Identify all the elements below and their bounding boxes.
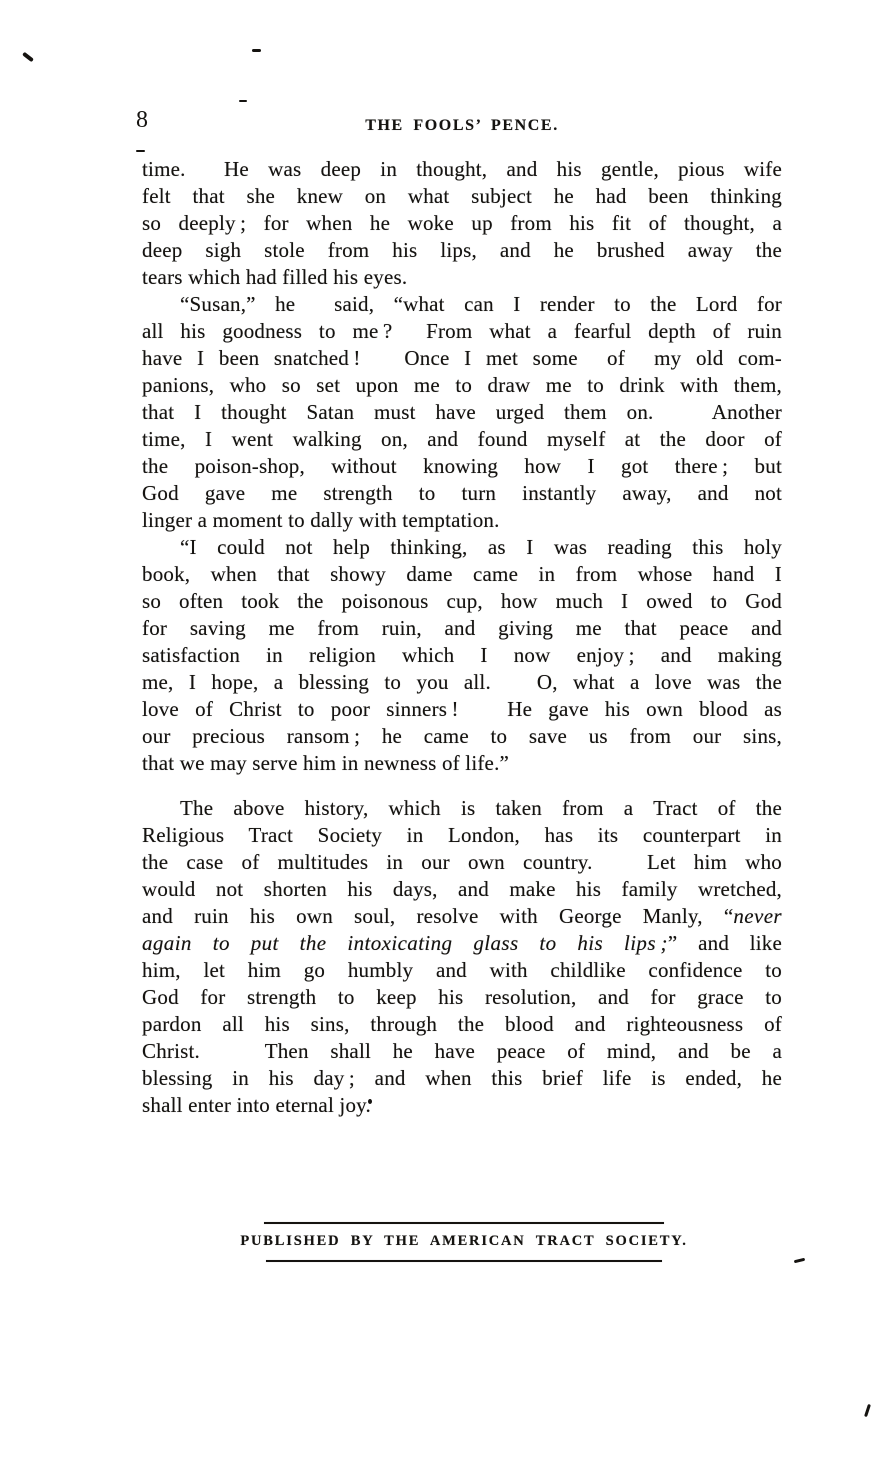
paragraph: time. He was deep in thought, and his ge…	[142, 156, 782, 291]
text-segment: love of Christ to poor sinners ! He gave…	[142, 697, 782, 721]
text-segment: deep sigh stole from his lips, and he br…	[142, 238, 782, 262]
text-segment: all his goodness to me ? From what a fea…	[142, 319, 782, 343]
text-line: God gave me strength to turn instantly a…	[142, 480, 782, 507]
text-line: so often took the poisonous cup, how muc…	[142, 588, 782, 615]
text-line: for saving me from ruin, and giving me t…	[142, 615, 782, 642]
text-line: again to put the intoxicating glass to h…	[142, 930, 782, 957]
text-line: “I could not help thinking, as I was rea…	[142, 534, 782, 561]
text-segment: would not shorten his days, and make his…	[142, 877, 782, 901]
text-line: our precious ransom ; he came to save us…	[142, 723, 782, 750]
text-segment: ” and like	[668, 931, 782, 955]
imprint-footer: PUBLISHED BY THE AMERICAN TRACT SOCIETY.	[20, 1222, 888, 1262]
text-segment: time. He was deep in thought, and his ge…	[142, 157, 782, 181]
text-segment: so deeply ; for when he woke up from his…	[142, 211, 782, 235]
text-segment: blessing in his day ; and when this brie…	[142, 1066, 782, 1090]
book-page: 8 THE FOOLS’ PENCE. time. He was deep in…	[0, 0, 888, 1475]
text-segment: time, I went walking on, and found mysel…	[142, 427, 782, 451]
text-line: the poison-shop, without knowing how I g…	[142, 453, 782, 480]
text-line: the case of multitudes in our own countr…	[142, 849, 782, 876]
text-segment: God for strength to keep his resolution,…	[142, 985, 782, 1009]
text-line: panions, who so set upon me to draw me t…	[142, 372, 782, 399]
text-line: The above history, which is taken from a…	[142, 795, 782, 822]
scan-speck	[864, 1404, 871, 1417]
text-segment: felt that she knew on what subject he ha…	[142, 184, 782, 208]
text-line: and ruin his own soul, resolve with Geor…	[142, 903, 782, 930]
text-segment: the case of multitudes in our own countr…	[142, 850, 782, 874]
italic-text: again to put the intoxicating glass to h…	[142, 931, 668, 955]
text-line: pardon all his sins, through the blood a…	[142, 1011, 782, 1038]
text-segment: me, I hope, a blessing to you all. O, wh…	[142, 670, 782, 694]
text-segment: book, when that showy dame came in from …	[142, 562, 782, 586]
text-line: book, when that showy dame came in from …	[142, 561, 782, 588]
text-segment: Christ. Then shall he have peace of mind…	[142, 1039, 782, 1063]
text-segment: Religious Tract Society in London, has i…	[142, 823, 782, 847]
text-line: all his goodness to me ? From what a fea…	[142, 318, 782, 345]
italic-text: never	[733, 904, 782, 928]
text-line: me, I hope, a blessing to you all. O, wh…	[142, 669, 782, 696]
text-line: have I been snatched ! Once I met some o…	[142, 345, 782, 372]
scan-speck	[252, 49, 261, 52]
text-segment: “I could not help thinking, as I was rea…	[180, 535, 782, 559]
text-segment: God gave me strength to turn instantly a…	[142, 481, 782, 505]
text-segment: him, let him go humbly and with childlik…	[142, 958, 782, 982]
text-segment: that I thought Satan must have urged the…	[142, 400, 782, 424]
text-segment: the poison-shop, without knowing how I g…	[142, 454, 782, 478]
text-line: linger a moment to dally with temptation…	[142, 507, 782, 534]
text-line: deep sigh stole from his lips, and he br…	[142, 237, 782, 264]
text-line: time. He was deep in thought, and his ge…	[142, 156, 782, 183]
top-rule	[264, 1222, 664, 1224]
scan-speck	[136, 150, 145, 152]
text-segment: panions, who so set upon me to draw me t…	[142, 373, 782, 397]
imprint-text: PUBLISHED BY THE AMERICAN TRACT SOCIETY.	[20, 1233, 888, 1250]
paragraph: The above history, which is taken from a…	[142, 795, 782, 1119]
text-line: satisfaction in religion which I now enj…	[142, 642, 782, 669]
text-line: God for strength to keep his resolution,…	[142, 984, 782, 1011]
text-segment: for saving me from ruin, and giving me t…	[142, 616, 782, 640]
paragraph: “I could not help thinking, as I was rea…	[142, 534, 782, 777]
text-segment: pardon all his sins, through the blood a…	[142, 1012, 782, 1036]
running-title: THE FOOLS’ PENCE.	[142, 117, 782, 135]
text-segment: tears which had filled his eyes.	[142, 265, 407, 289]
text-line: Christ. Then shall he have peace of mind…	[142, 1038, 782, 1065]
text-line: so deeply ; for when he woke up from his…	[142, 210, 782, 237]
text-line: would not shorten his days, and make his…	[142, 876, 782, 903]
text-line: blessing in his day ; and when this brie…	[142, 1065, 782, 1092]
text-segment: that we may serve him in newness of life…	[142, 751, 509, 775]
scan-speck	[22, 52, 34, 63]
text-segment: linger a moment to dally with temptation…	[142, 508, 500, 532]
scan-speck	[239, 100, 247, 102]
text-line: felt that she knew on what subject he ha…	[142, 183, 782, 210]
text-line: him, let him go humbly and with childlik…	[142, 957, 782, 984]
text-line: that I thought Satan must have urged the…	[142, 399, 782, 426]
text-line: time, I went walking on, and found mysel…	[142, 426, 782, 453]
text-segment: so often took the poisonous cup, how muc…	[142, 589, 782, 613]
text-line: “Susan,” he said, “what can I render to …	[142, 291, 782, 318]
text-segment: and ruin his own soul, resolve with Geor…	[142, 904, 733, 928]
text-segment: The above history, which is taken from a…	[180, 796, 782, 820]
text-segment: satisfaction in religion which I now enj…	[142, 643, 782, 667]
text-segment: our precious ransom ; he came to save us…	[142, 724, 782, 748]
text-line: tears which had filled his eyes.	[142, 264, 782, 291]
paragraph: “Susan,” he said, “what can I render to …	[142, 291, 782, 534]
text-segment: have I been snatched ! Once I met some o…	[142, 346, 782, 370]
text-line: that we may serve him in newness of life…	[142, 750, 782, 777]
body-text: time. He was deep in thought, and his ge…	[142, 156, 782, 1119]
text-segment: “Susan,” he said, “what can I render to …	[180, 292, 782, 316]
bottom-rule	[266, 1260, 662, 1262]
text-line: Religious Tract Society in London, has i…	[142, 822, 782, 849]
text-line: shall enter into eternal joy.	[142, 1092, 782, 1119]
text-segment: shall enter into eternal joy.	[142, 1093, 371, 1117]
text-line: love of Christ to poor sinners ! He gave…	[142, 696, 782, 723]
